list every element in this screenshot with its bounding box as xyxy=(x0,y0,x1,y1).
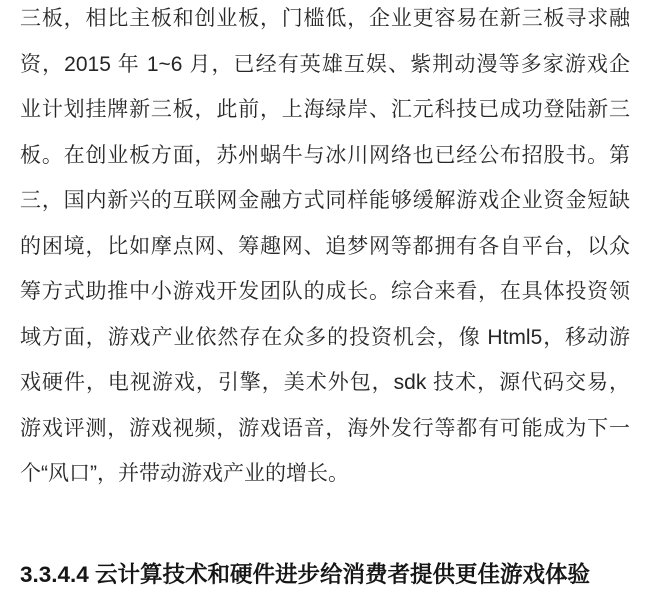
section-heading: 3.3.4.4 云计算技术和硬件进步给消费者提供更佳游戏体验 xyxy=(20,560,630,590)
paragraph-line-2: 资，2015 年 1~6 月，已经有英雄互娱、紫荆动漫等多家游戏企 xyxy=(20,42,630,88)
paragraph-line-1: 三板，相比主板和创业板，门槛低，企业更容易在新三板寻求融 xyxy=(20,0,630,42)
paragraph-line-5: 三，国内新兴的互联网金融方式同样能够缓解游戏企业资金短缺 xyxy=(20,178,630,224)
paragraph-line-11: 个“风口”，并带动游戏产业的增长。 xyxy=(20,451,630,497)
document-page: 三板，相比主板和创业板，门槛低，企业更容易在新三板寻求融 资，2015 年 1~… xyxy=(0,0,650,606)
paragraph-line-4: 板。在创业板方面，苏州蜗牛与冰川网络也已经公布招股书。第 xyxy=(20,133,630,179)
paragraph-line-3: 业计划挂牌新三板，此前，上海绿岸、汇元科技已成功登陆新三 xyxy=(20,87,630,133)
body-paragraph: 三板，相比主板和创业板，门槛低，企业更容易在新三板寻求融 资，2015 年 1~… xyxy=(20,0,630,497)
paragraph-line-10: 游戏评测，游戏视频，游戏语音，海外发行等都有可能成为下一 xyxy=(20,406,630,452)
paragraph-line-8: 域方面，游戏产业依然存在众多的投资机会，像 Html5，移动游 xyxy=(20,315,630,361)
paragraph-line-6: 的困境，比如摩点网、筹趣网、追梦网等都拥有各自平台，以众 xyxy=(20,224,630,270)
paragraph-line-7: 筹方式助推中小游戏开发团队的成长。综合来看，在具体投资领 xyxy=(20,269,630,315)
paragraph-line-9: 戏硬件，电视游戏，引擎，美术外包，sdk 技术，源代码交易， xyxy=(20,360,630,406)
